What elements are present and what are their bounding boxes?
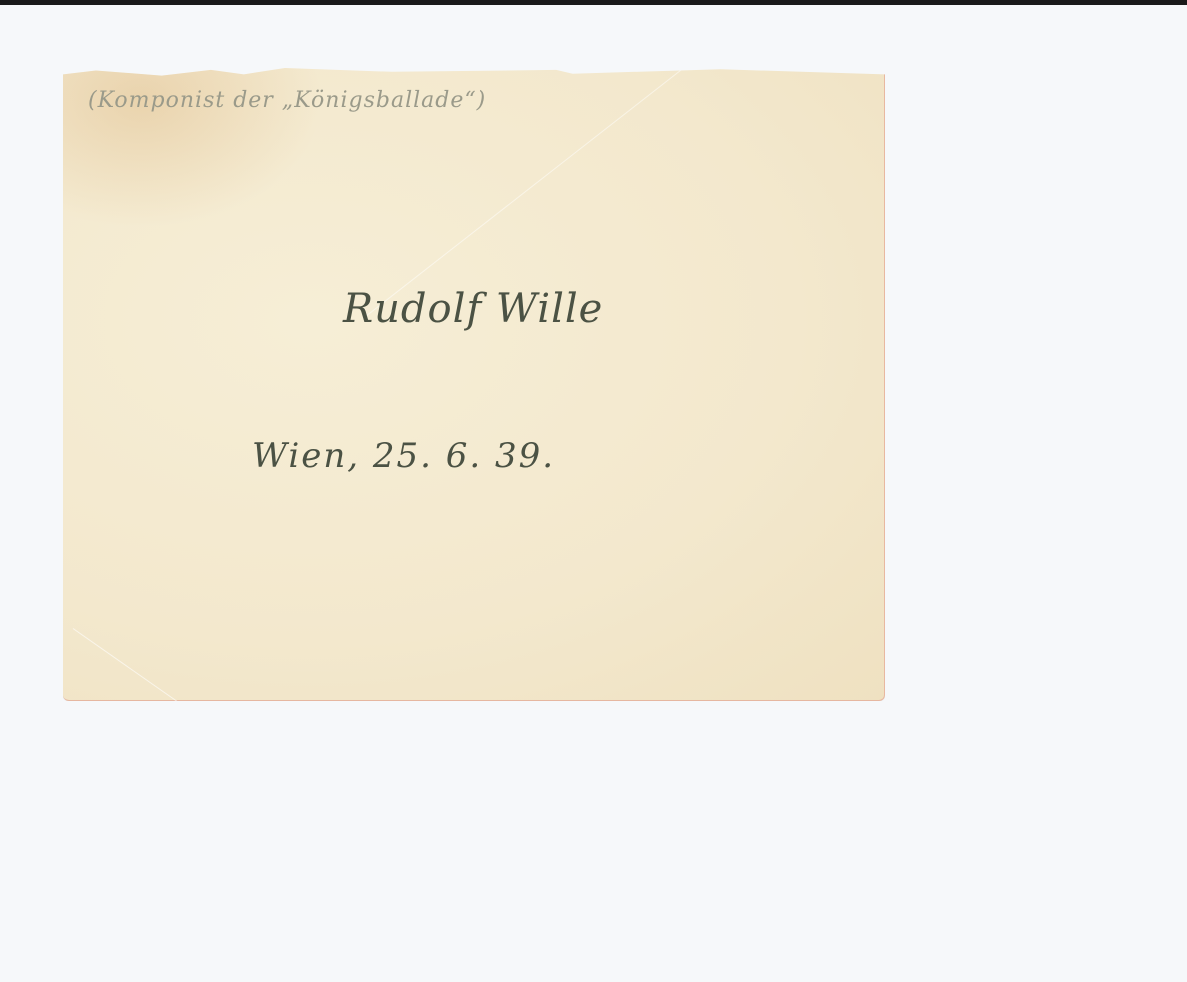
signature: Rudolf Wille (343, 286, 603, 332)
paper-card (63, 68, 885, 701)
place-date: Wien, 25. 6. 39. (252, 436, 555, 476)
pencil-annotation: (Komponist der „Königsballade“) (88, 88, 486, 113)
